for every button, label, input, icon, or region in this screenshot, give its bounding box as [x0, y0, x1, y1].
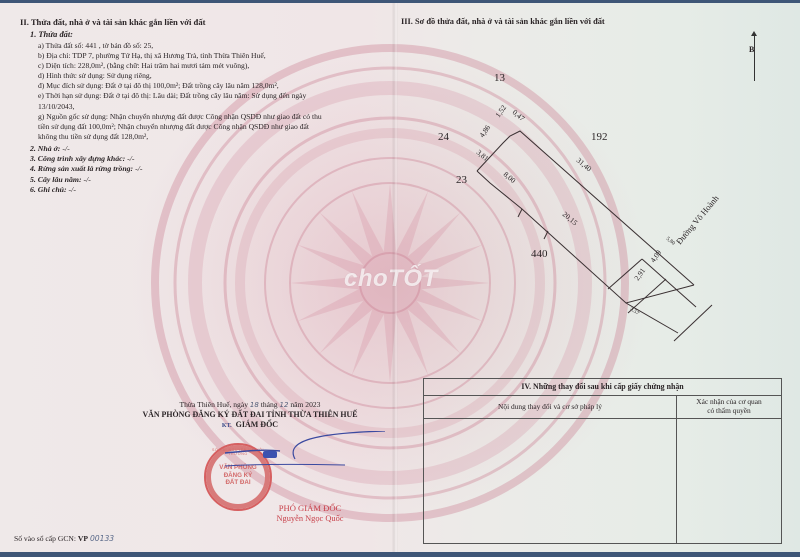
svg-text:20,15: 20,15: [561, 210, 580, 228]
asset-item: 5. Cây lâu năm: -/-: [30, 175, 142, 185]
land-line: đ) Mục đích sử dụng: Đất ở tại đô thị 10…: [38, 81, 378, 91]
land-line: e) Thời hạn sử dụng: Đất ở tại đô thị: L…: [38, 91, 378, 101]
land-line: c) Diện tích: 228,0m², (bằng chữ: Hai tr…: [38, 61, 378, 71]
svg-text:8,00: 8,00: [502, 170, 518, 185]
signer-title: PHÓ GIÁM ĐỐC: [250, 503, 370, 513]
signer-role: KT.GIÁM ĐỐC: [100, 420, 400, 429]
other-assets: 2. Nhà ở: -/- 3. Công trình xây dựng khá…: [30, 144, 142, 195]
changes-table-body: [424, 419, 781, 543]
change-content-cell: [424, 419, 677, 543]
neighbor-440: 440: [531, 248, 548, 260]
asset-item: 2. Nhà ở: -/-: [30, 144, 142, 154]
land-line: d) Hình thức sử dụng: Sử dụng riêng,: [38, 71, 378, 81]
certificate-sheet: choTỐT II. Thửa đất, nhà ở và tài sản kh…: [0, 3, 800, 552]
issuing-office: VĂN PHÒNG ĐĂNG KÝ ĐẤT ĐAI TỈNH THỪA THIÊ…: [100, 410, 400, 419]
registry-number: Số vào sổ cấp GCN: VP 00133: [14, 534, 114, 543]
land-heading: 1. Thửa đất:: [30, 30, 73, 39]
svg-text:0,47: 0,47: [511, 108, 527, 123]
neighbor-13: 13: [494, 72, 506, 84]
col-authority-confirmation: Xác nhận của cơ quan có thẩm quyền: [677, 396, 781, 418]
signer-name: Nguyễn Ngọc Quốc: [250, 514, 370, 523]
asset-item: 6. Ghi chú: -/-: [30, 185, 142, 195]
svg-text:2,91: 2,91: [632, 266, 647, 282]
signature-block: Thừa Thiên Huế, ngày 18 tháng 12 năm 202…: [100, 400, 400, 429]
changes-table: IV. Những thay đổi sau khi cấp giấy chứn…: [423, 378, 782, 544]
changes-table-header: Nội dung thay đổi và cơ sở pháp lý Xác n…: [424, 396, 781, 419]
changes-table-title: IV. Những thay đổi sau khi cấp giấy chứn…: [424, 379, 781, 396]
right-page: III. Sơ đồ thửa đất, nhà ở và tài sản kh…: [398, 3, 800, 552]
section-ii-title: II. Thửa đất, nhà ở và tài sản khác gắn …: [20, 17, 205, 27]
land-line: 13/10/2043,: [38, 102, 378, 112]
land-line: g) Nguồn gốc sử dụng: Nhận chuyển nhượng…: [38, 112, 378, 122]
land-line: b) Địa chỉ: TDP 7, phường Tứ Hạ, thị xã …: [38, 51, 378, 61]
neighbor-24: 24: [438, 131, 450, 143]
land-line: tiền sử dụng đất 100,0m²; Nhận chuyển nh…: [38, 122, 378, 132]
handwritten-signature: [225, 431, 385, 491]
svg-text:31,40: 31,40: [575, 156, 594, 174]
svg-text:3,81: 3,81: [475, 148, 491, 163]
svg-text:1,52: 1,52: [493, 103, 508, 119]
road-label: Đường Võ Hoành: [674, 193, 721, 247]
col-change-content: Nội dung thay đổi và cơ sở pháp lý: [424, 396, 677, 418]
svg-text:4,09: 4,09: [648, 248, 663, 264]
land-line: a) Thửa đất số: 441 , tờ bản đồ số: 25,: [38, 41, 378, 51]
asset-item: 3. Công trình xây dựng khác: -/-: [30, 154, 142, 164]
issue-date: Thừa Thiên Huế, ngày 18 tháng 12 năm 202…: [100, 400, 400, 409]
signer: PHÓ GIÁM ĐỐC Nguyễn Ngọc Quốc: [250, 503, 370, 523]
svg-text:4,86: 4,86: [477, 123, 492, 139]
land-details: a) Thửa đất số: 441 , tờ bản đồ số: 25, …: [38, 41, 378, 142]
handwritten-day: 18: [250, 401, 259, 409]
parcel-diagram: 13 24 192 23 440 4,86 1,52 0,47 31,40 3,…: [398, 3, 800, 373]
neighbor-192: 192: [591, 131, 608, 143]
asset-item: 4. Rừng sản xuất là rừng trồng: -/-: [30, 164, 142, 174]
handwritten-registry: 00133: [90, 534, 114, 543]
left-page: II. Thửa đất, nhà ở và tài sản khác gắn …: [0, 3, 392, 552]
neighbor-23: 23: [456, 174, 468, 186]
land-line: không thu tiền sử dụng đất 128,0m²,: [38, 132, 378, 142]
svg-text:5,57: 5,57: [629, 306, 640, 317]
